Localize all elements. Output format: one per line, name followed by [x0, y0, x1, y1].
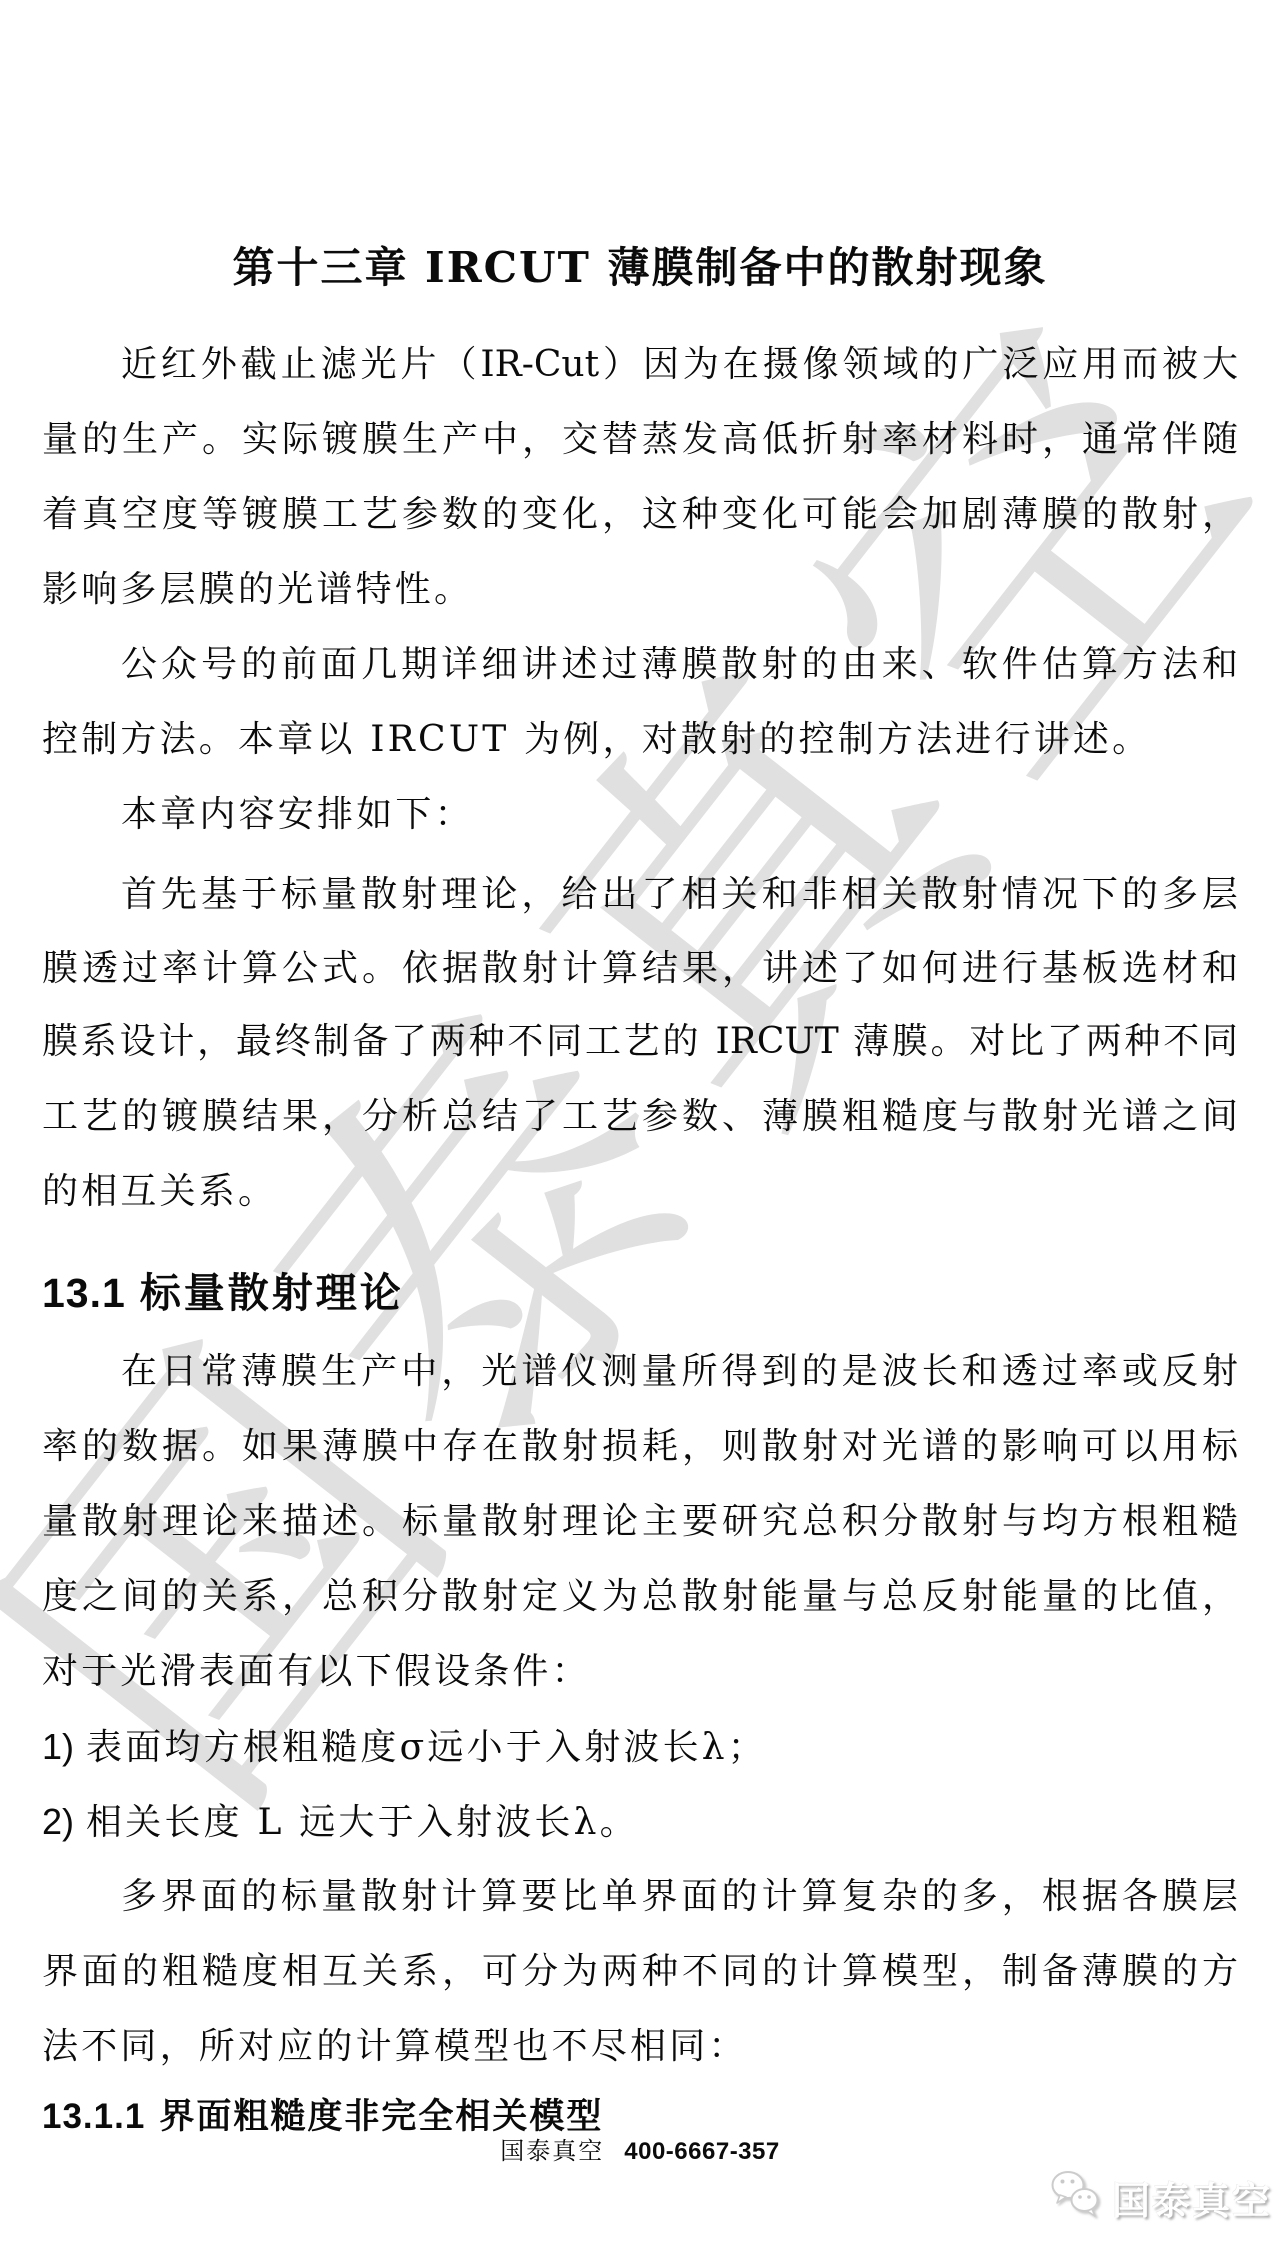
paragraph-line: 膜透过率计算公式。依据散射计算结果，讲述了如何进行基板选材和: [42, 947, 1238, 991]
chapter-title: 第十三章 IRCUT 薄膜制备中的散射现象: [0, 242, 1280, 294]
section-heading: 13.1标量散射理论: [42, 1268, 404, 1318]
paragraph-line: 法不同，所对应的计算模型也不尽相同：: [42, 2025, 748, 2069]
list-item: 2)相关长度 L 远大于入射波长λ。: [42, 1800, 639, 1845]
paragraph-line: 度之间的关系，总积分散射定义为总散射能量与总反射能量的比值，: [42, 1575, 1238, 1619]
paragraph-line: 公众号的前面几期详细讲述过薄膜散射的由来、软件估算方法和: [42, 643, 1238, 687]
paragraph-line: 界面的粗糙度相互关系，可分为两种不同的计算模型，制备薄膜的方: [42, 1950, 1238, 1994]
paragraph-line: 控制方法。本章以 IRCUT 为例，对散射的控制方法进行讲述。: [42, 718, 1151, 762]
list-text: 表面均方根粗糙度σ远小于入射波长λ；: [86, 1727, 767, 1768]
wechat-icon: [1048, 2168, 1104, 2226]
list-text: 相关长度 L 远大于入射波长λ。: [86, 1802, 639, 1843]
paragraph-line: 着真空度等镀膜工艺参数的变化，这种变化可能会加剧薄膜的散射，: [42, 493, 1238, 537]
paragraph-line: 量散射理论来描述。标量散射理论主要研究总积分散射与均方根粗糙: [42, 1500, 1238, 1544]
paragraph-line: 本章内容安排如下：: [42, 793, 474, 837]
list-marker: 2): [42, 1801, 74, 1842]
list-marker: 1): [42, 1726, 74, 1767]
paragraph-line: 近红外截止滤光片（IR-Cut）因为在摄像领域的广泛应用而被大: [42, 343, 1238, 387]
paragraph-line: 首先基于标量散射理论，给出了相关和非相关散射情况下的多层: [42, 873, 1238, 917]
paragraph-line: 膜系设计，最终制备了两种不同工艺的 IRCUT 薄膜。对比了两种不同: [42, 1020, 1238, 1064]
section-number: 13.1: [42, 1270, 126, 1316]
paragraph-line: 在日常薄膜生产中，光谱仪测量所得到的是波长和透过率或反射: [42, 1350, 1238, 1394]
paragraph-line: 率的数据。如果薄膜中存在散射损耗，则散射对光谱的影响可以用标: [42, 1425, 1238, 1469]
paragraph-line: 多界面的标量散射计算要比单界面的计算复杂的多，根据各膜层: [42, 1875, 1238, 1919]
subsection-number: 13.1.1: [42, 2097, 145, 2136]
list-item: 1)表面均方根粗糙度σ远小于入射波长λ；: [42, 1725, 767, 1770]
subsection-label: 界面粗糙度非完全相关模型: [159, 2096, 603, 2137]
document-content: 第十三章 IRCUT 薄膜制备中的散射现象 近红外截止滤光片（IR-Cut）因为…: [0, 0, 1280, 2255]
document-page: 国泰真空 第十三章 IRCUT 薄膜制备中的散射现象 近红外截止滤光片（IR-C…: [0, 0, 1280, 2255]
footer-phone: 400-6667-357: [624, 2138, 779, 2165]
paragraph-line: 的相互关系。: [42, 1170, 277, 1214]
paragraph-line: 影响多层膜的光谱特性。: [42, 568, 473, 612]
corner-brand-logo: 国泰真空: [1048, 2168, 1272, 2226]
footer-brand: 国泰真空: [500, 2137, 604, 2165]
page-footer: 国泰真空400-6667-357: [0, 2136, 1280, 2167]
paragraph-line: 工艺的镀膜结果，分析总结了工艺参数、薄膜粗糙度与散射光谱之间: [42, 1095, 1238, 1139]
section-label: 标量散射理论: [140, 1269, 404, 1317]
corner-brand-label: 国泰真空: [1112, 2170, 1272, 2225]
subsection-heading: 13.1.1界面粗糙度非完全相关模型: [42, 2095, 603, 2139]
paragraph-line: 对于光滑表面有以下假设条件：: [42, 1650, 591, 1694]
paragraph-line: 量的生产。实际镀膜生产中，交替蒸发高低折射率材料时，通常伴随: [42, 418, 1238, 462]
